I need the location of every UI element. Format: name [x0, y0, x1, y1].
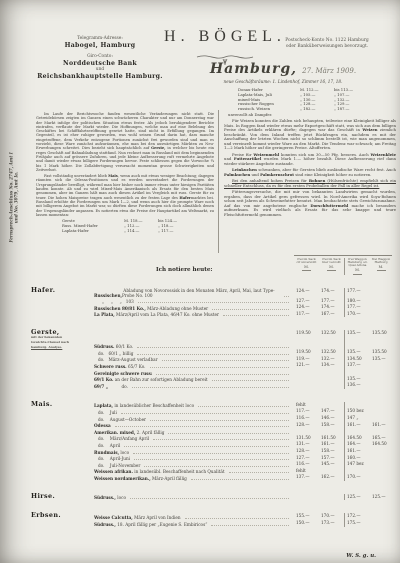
city-script: Hamburg, — [210, 61, 297, 77]
table-row: Hirse.Südruss., loco125.—125.— — [30, 494, 396, 501]
value-cell: 161.— — [370, 422, 392, 429]
value-cell — [370, 376, 392, 383]
value-cell: 164.— — [344, 441, 370, 448]
table-row: Russischen 80/81 Ko., März-Abladung ohne… — [30, 304, 396, 311]
phone-line-2: und No. 3079, Amt Ia. — [14, 122, 19, 272]
item-name: Südruss., — [94, 522, 116, 527]
value-cell: fehlt — [294, 468, 319, 475]
price-value-high: „ 117.— — [158, 229, 192, 234]
description-cell: Russischen, Abladung von Novorossisk in … — [94, 288, 294, 298]
market-report-paragraph: Im Laufe der Berichtswoche fanden wesent… — [36, 112, 214, 172]
text-segment: Palmkernschrot — [260, 172, 294, 177]
category-cell: Gerste,mit der bekanntenGewichts-Clausel… — [30, 330, 94, 349]
category-cell — [30, 369, 94, 376]
column-header-text: frei im Sack cif unverzollt — [297, 257, 317, 264]
table-group: Erbsen.Weisse Calcutta, März April von I… — [30, 513, 396, 526]
dotted-leader — [134, 459, 289, 460]
value-cell — [319, 494, 344, 501]
value-cell: 116.— — [294, 415, 319, 422]
value-cell: 145.— — [319, 461, 344, 468]
text-segment: Im Laufe der Berichtswoche fanden wesent… — [36, 112, 214, 150]
category-cell: Hafer. — [30, 288, 94, 298]
value-cell — [344, 428, 370, 435]
value-cell: 132.— — [319, 356, 344, 363]
category-label: Hirse. — [31, 492, 55, 500]
margin-phone-note: Fernsprech-Anschluss No. 2747, Amt I und… — [9, 122, 20, 272]
column-unit: M. — [295, 266, 318, 271]
category-cell: Hirse. — [30, 494, 94, 501]
dotted-leader — [132, 387, 289, 388]
value-cell: 180.— — [344, 298, 370, 305]
body-column-right: Donau-HaferM. 112.—bis 113.—Laplata-Mais… — [224, 86, 396, 219]
table-row: do. April131.—161.—164.—164.50 — [30, 441, 396, 448]
value-cell: 116.— — [294, 461, 319, 468]
table-row: do. April-Juni127.—157.—160.— — [30, 455, 396, 462]
table-row: Mais.Laplata, in landesüblicher Beschaff… — [30, 402, 396, 409]
value-cell — [370, 362, 392, 369]
table-row: do. August—October116.—146.—147 „ — [30, 415, 396, 422]
value-cell: 162.— — [319, 474, 344, 481]
table-row: 69/7 „ do.136.— — [30, 382, 396, 389]
dotted-leader — [138, 302, 289, 303]
market-report-paragraph: Fütterungsversuche, die mit mir von beka… — [224, 190, 396, 217]
table-column-headers: frei im Sack cif unverzollt M. frei im S… — [294, 255, 392, 275]
letter-date: 27. März 1909. — [302, 67, 356, 75]
value-cell: 147 „ — [344, 415, 370, 422]
category-cell — [30, 520, 94, 527]
value-cell: 165.— — [370, 435, 392, 442]
table-row: do. März/Anfang April131.50161.50164.501… — [30, 435, 396, 442]
column-divider-rule — [218, 110, 219, 253]
description-cell: Südruss. 60/1 Ko. — [94, 330, 294, 349]
item-name: La Plata, — [94, 312, 115, 317]
value-cell — [319, 402, 344, 409]
table-row: Amerikan. mixed, 2. April fällig — [30, 428, 396, 435]
value-cell: 164.50 — [344, 435, 370, 442]
value-cell — [294, 382, 319, 389]
description-cell: 69/1 Ko. an der Bahn zur sofortigen Abla… — [94, 376, 294, 383]
value-cell: 136.— — [344, 382, 370, 389]
text-segment: in welcher bis heute ein reges Geschäft … — [36, 146, 214, 171]
value-cell: 132.50 — [319, 349, 344, 356]
table-row: do. März-August verladbar119.—132.—134.5… — [30, 356, 396, 363]
category-cell — [30, 349, 94, 356]
item-detail: März/April vom La Plata, 46/47 Ko. ohne … — [115, 312, 219, 317]
value-cell: 125.— — [370, 494, 392, 501]
description-cell: Weissen nordamerikan., März-April fällig — [94, 474, 294, 481]
description-cell: Südruss., loco — [94, 494, 294, 501]
dotted-leader — [191, 479, 289, 480]
dotted-leader — [212, 309, 289, 310]
column-header-verzollt: frei im Sack hier verzollt M. — [319, 258, 344, 275]
category-label: Mais. — [31, 400, 52, 408]
price-item-name: Laplata-Hafer — [62, 229, 124, 234]
price-list-note: unverzollt ab Dampfer. — [228, 113, 396, 118]
value-cell: 146.— — [319, 415, 344, 422]
market-report-paragraph: Für Weizen konnten die Zahlen sich behau… — [224, 119, 396, 151]
table-group: Hafer.Russischen, Abladung von Novorossi… — [30, 288, 396, 318]
value-cell — [344, 369, 370, 376]
value-cell: 119.50 — [294, 330, 319, 349]
value-cell: 150.— — [294, 520, 319, 527]
description-cell: do. Juli-November — [94, 461, 294, 468]
table-row: La Plata, März/April vom La Plata, 46/47… — [30, 311, 396, 318]
table-row: Weissen afrikan. in landesübl. Beschaffe… — [30, 468, 396, 475]
dotted-leader — [115, 426, 289, 427]
value-cell: 117.— — [294, 408, 319, 415]
description-cell: Russischen 80/81 Ko., März-Abladung ohne… — [94, 304, 294, 311]
value-cell — [294, 428, 319, 435]
category-cell — [30, 468, 94, 475]
quotation-table: Ich notiere heute: frei im Sack cif unve… — [30, 255, 396, 527]
value-cell: 158.— — [319, 422, 344, 429]
value-cell: 160.— — [344, 455, 370, 462]
value-cell: 170.— — [344, 311, 370, 318]
bank-name-1: Norddeutsche Bank — [30, 60, 170, 68]
scanned-letter-page: Telegramm-Adresse: Habogel, Hamburg Giro… — [0, 0, 400, 563]
value-cell: 161.— — [344, 422, 370, 429]
value-cell: 175.— — [344, 520, 370, 527]
value-cell — [370, 520, 392, 527]
value-cell: 173.— — [319, 520, 344, 527]
value-cell — [319, 428, 344, 435]
value-cell: 134.50 — [344, 356, 370, 363]
value-cell: 132.50 — [319, 330, 344, 349]
table-row: Schwere russ. 65/7 Ko.121.—134.—137.— — [30, 362, 396, 369]
table-row: do. Juli-November116.—145.—147 bez — [30, 461, 396, 468]
category-cell — [30, 408, 94, 415]
value-cell — [370, 382, 392, 389]
dotted-leader — [211, 525, 289, 526]
value-cell: 131.50 — [294, 435, 319, 442]
table-row: Odessa128.—158.—161.—161.— — [30, 422, 396, 429]
text-segment: und — [250, 172, 260, 177]
value-cell: 174.— — [319, 288, 344, 298]
item-detail: loco — [116, 495, 126, 500]
category-cell — [30, 461, 94, 468]
dotted-leader — [212, 380, 289, 381]
column-unit: M. — [371, 266, 391, 271]
value-cell — [370, 461, 392, 468]
dotted-leader — [156, 374, 289, 375]
dotted-leader — [162, 360, 289, 361]
table-row: Südruss., 18. April fällig per „Eugenie … — [30, 520, 396, 527]
value-cell — [370, 408, 392, 415]
column-header-text: frei Waggon Harburg — [372, 257, 390, 264]
dotted-leader — [223, 315, 289, 316]
value-cell: 170.— — [344, 474, 370, 481]
table-group: Hirse.Südruss., loco125.—125.— — [30, 494, 396, 501]
category-cell — [30, 298, 94, 305]
value-cell: 177.— — [344, 304, 370, 311]
table-row: Gereinigte schwere russ: — [30, 369, 396, 376]
item-detail: Abladung von Novorossisk in den Monaten … — [122, 288, 280, 298]
dotted-leader — [144, 466, 289, 467]
dotted-leader — [121, 413, 289, 414]
category-cell — [30, 455, 94, 462]
market-report-paragraph: Preise für Weizenmehl konnten sich um 30… — [224, 153, 396, 167]
value-cell: 167.— — [319, 311, 344, 318]
value-cell: 128.— — [294, 422, 319, 429]
description-cell: do. August—October — [94, 415, 294, 422]
value-cell: 135.50 — [370, 349, 392, 356]
table-row: Gerste,mit der bekanntenGewichts-Clausel… — [30, 330, 396, 349]
value-cell — [370, 455, 392, 462]
value-cell — [319, 468, 344, 475]
quotation-table-body: Hafer.Russischen, Abladung von Novorossi… — [30, 288, 396, 527]
value-cell: 127.— — [294, 298, 319, 305]
price-value-low: „ 182.— — [300, 107, 334, 112]
dotted-leader — [150, 367, 289, 368]
description-cell: Südruss., 18. April fällig per „Eugenie … — [94, 520, 294, 527]
item-name: Südruss., — [94, 495, 116, 500]
value-cell: 127.— — [294, 455, 319, 462]
value-cell — [344, 468, 370, 475]
category-cell — [30, 441, 94, 448]
value-cell: 164.50 — [370, 441, 392, 448]
value-cell — [370, 474, 392, 481]
dotted-leader — [284, 296, 289, 297]
description-cell: „ „ „ 103 — [94, 298, 294, 305]
price-value-high: „ 187.— — [334, 107, 368, 112]
bank-transfer-line: oder Banküberweisungen bevorzugt. — [258, 44, 396, 50]
dotted-leader — [168, 433, 289, 434]
value-cell — [294, 376, 319, 383]
column-unit: M. — [346, 269, 369, 274]
value-cell: 147 bez — [344, 461, 370, 468]
left-price-list: GersteM. 118.—bis 124.—Russ. Mixed-Hafer… — [62, 219, 214, 233]
description-cell: Weisse Calcutta, März April von Indien — [94, 513, 294, 520]
value-cell — [370, 448, 392, 455]
value-cell — [319, 369, 344, 376]
header-left-block: Telegramm-Adresse: Habogel, Hamburg Giro… — [30, 36, 170, 81]
value-cell — [370, 468, 392, 475]
dotted-leader — [185, 518, 289, 519]
description-cell: Laplata, in landesüblicher Beschaffenhei… — [94, 402, 294, 409]
table-row: Erbsen.Weisse Calcutta, März April von I… — [30, 513, 396, 520]
market-report-paragraph: Fast vollständig unverändert blieb Mais,… — [36, 174, 214, 217]
value-cell: 124.— — [294, 288, 319, 298]
value-cell: 135.— — [344, 376, 370, 383]
table-group: Gerste,mit der bekanntenGewichts-Clausel… — [30, 330, 396, 388]
value-cell: 119.50 — [294, 349, 319, 356]
column-header-text: frei im Sack hier verzollt — [322, 257, 340, 264]
value-cell: 155.— — [294, 513, 319, 520]
value-cell: 161.— — [344, 448, 370, 455]
description-cell: La Plata, März/April vom La Plata, 46/47… — [94, 311, 294, 318]
value-cell: 125.— — [344, 494, 370, 501]
value-cell: 135.50 — [370, 330, 392, 349]
value-cell: 124.— — [294, 304, 319, 311]
category-cell — [30, 428, 94, 435]
value-cell — [370, 402, 392, 409]
body-column-left: Im Laufe der Berichtswoche fanden wesent… — [36, 112, 214, 234]
value-cell: 177.— — [319, 298, 344, 305]
value-cell: 137.— — [294, 474, 319, 481]
sign-off-note: W. S. g. u. — [346, 553, 376, 559]
dotted-leader — [150, 420, 289, 421]
category-cell — [30, 362, 94, 369]
value-cell: 161.— — [319, 441, 344, 448]
description-cell: Amerikan. mixed, 2. April fällig — [94, 428, 294, 435]
category-cell — [30, 376, 94, 383]
header-right-block: Postscheck-Konto No. 1122 Hamburg oder B… — [258, 38, 396, 50]
value-cell: 147.— — [319, 408, 344, 415]
description-cell: do. 60/1 „ billig — [94, 349, 294, 356]
column-header-waggon-hamburg: frei Waggon Hamburg od. Quai Altona M. — [344, 258, 370, 275]
value-cell: 177.— — [344, 288, 370, 298]
category-cell — [30, 474, 94, 481]
table-row: do. Juli117.—147.—150 bez — [30, 408, 396, 415]
item-name: Weissen nordamerikan., — [94, 476, 151, 481]
value-cell — [370, 311, 392, 318]
bank-name-2: Reichsbankhauptstelle Hamburg. — [30, 73, 170, 81]
item-detail: März-April fällig — [151, 476, 187, 481]
value-cell: 170.— — [319, 513, 344, 520]
category-cell — [30, 415, 94, 422]
category-cell — [30, 304, 94, 311]
description-cell: Gereinigte schwere russ: — [94, 369, 294, 376]
dateline: Hamburg, 27. März 1909. — [178, 58, 388, 77]
category-cell: Erbsen. — [30, 513, 94, 520]
price-value-low: „ 114.— — [124, 229, 158, 234]
description-cell: do. Juli — [94, 408, 294, 415]
text-segment: Palmkuchen — [224, 172, 250, 177]
category-label: Erbsen. — [31, 511, 61, 519]
value-cell: 135.— — [344, 330, 370, 349]
description-cell: do. April-Juni — [94, 455, 294, 462]
value-cell: 119.— — [294, 356, 319, 363]
column-header-waggon-harburg: frei Waggon Harburg M. — [370, 258, 392, 275]
description-cell: Schwere russ. 65/7 Ko. — [94, 362, 294, 369]
description-cell: do. April — [94, 441, 294, 448]
value-cell — [370, 288, 392, 298]
value-cell: 158.— — [319, 448, 344, 455]
value-cell: 172.— — [344, 513, 370, 520]
value-cell: 134.— — [319, 362, 344, 369]
table-row: Weissen nordamerikan., März-April fällig… — [30, 474, 396, 481]
value-cell — [370, 304, 392, 311]
value-cell — [294, 369, 319, 376]
category-cell: Mais. — [30, 402, 94, 409]
table-row: „ „ „ 103127.—177.—180.— — [30, 298, 396, 305]
column-header-unverzollt: frei im Sack cif unverzollt M. — [294, 258, 319, 275]
value-cell: 135.— — [344, 349, 370, 356]
description-cell: Odessa — [94, 422, 294, 429]
description-cell: do. März/Anfang April — [94, 435, 294, 442]
dotted-leader — [137, 354, 289, 355]
table-row: do. 60/1 „ billig119.50132.50135.—135.50 — [30, 349, 396, 356]
value-cell: 161.50 — [319, 435, 344, 442]
value-cell — [370, 298, 392, 305]
value-cell: 150 bez — [344, 408, 370, 415]
value-cell: 131.— — [294, 441, 319, 448]
value-cell: 117.— — [294, 311, 319, 318]
premises-line: neue Geschäftsräume: 1. Lindenhof, Zimme… — [178, 79, 388, 84]
description-cell: do. März-August verladbar — [94, 356, 294, 363]
table-row: 69/1 Ko. an der Bahn zur sofortigen Abla… — [30, 376, 396, 383]
value-cell: 135.— — [370, 356, 392, 363]
category-cell — [30, 356, 94, 363]
text-segment: sind eine Kleinigkeit höher zu notieren. — [294, 172, 371, 177]
right-price-list: Donau-HaferM. 112.—bis 113.—Laplata-Mais… — [238, 88, 396, 112]
column-unit: M. — [320, 266, 343, 271]
category-cell — [30, 448, 94, 455]
description-cell: Rundmais, loco — [94, 448, 294, 455]
description-cell: Weissen afrikan. in landesübl. Beschaffe… — [94, 468, 294, 475]
value-cell: 174.— — [319, 304, 344, 311]
description-cell: 69/7 „ do. — [94, 382, 294, 389]
dotted-leader — [198, 406, 289, 407]
value-cell — [294, 494, 319, 501]
item-detail: 18. April fällig per „Eugenie S. Embiric… — [116, 522, 207, 527]
value-cell — [319, 382, 344, 389]
dotted-leader — [229, 472, 289, 473]
value-cell: 128.— — [294, 448, 319, 455]
column-header-text: frei Waggon Hamburg od. Quai Altona — [347, 257, 367, 268]
dotted-leader — [130, 498, 289, 499]
category-cell — [30, 382, 94, 389]
value-cell — [370, 513, 392, 520]
value-cell: 137.— — [344, 362, 370, 369]
value-cell — [319, 376, 344, 383]
market-report-paragraph: Leinkuchen schwanken, aber für Gersten b… — [224, 168, 396, 177]
quotation-table-header: Ich notiere heute: frei im Sack cif unve… — [30, 255, 396, 275]
category-label: Hafer. — [31, 286, 55, 294]
value-cell — [370, 415, 392, 422]
dotted-leader — [133, 453, 289, 454]
category-cell — [30, 311, 94, 318]
table-row: Hafer.Russischen, Abladung von Novorossi… — [30, 288, 396, 298]
table-row: Rundmais, loco128.—158.—161.— — [30, 448, 396, 455]
item-detail: do. — [108, 384, 128, 389]
value-cell: 157.— — [319, 455, 344, 462]
item-name: 69/7 „ — [94, 384, 108, 389]
dotted-leader — [137, 347, 289, 348]
value-cell — [370, 428, 392, 435]
value-cell: 121.— — [294, 362, 319, 369]
dotted-leader — [153, 439, 289, 440]
category-cell — [30, 422, 94, 429]
category-cell — [30, 435, 94, 442]
quote-notice: Ich notiere heute: — [94, 267, 294, 275]
telegram-address-value: Habogel, Hamburg — [30, 42, 170, 50]
value-cell — [344, 402, 370, 409]
value-cell: fehlt — [294, 402, 319, 409]
dotted-leader — [124, 446, 289, 447]
value-cell — [370, 369, 392, 376]
table-group: Mais.Laplata, in landesüblicher Beschaff… — [30, 402, 396, 481]
market-report-paragraph: Bei den anhaltend hohen Preisen für Bohn… — [224, 179, 396, 188]
